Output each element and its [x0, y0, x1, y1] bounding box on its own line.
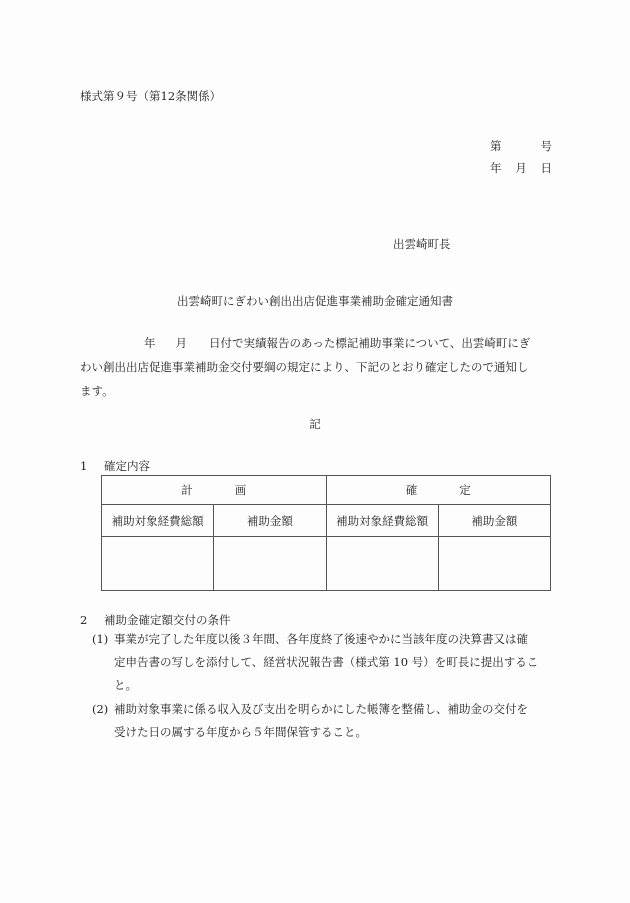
condition-1-line-1: (1)事業が完了した年度以後３年間、各年度終了後速やかに当該年度の決算書又は確: [92, 628, 552, 651]
cell-plan-total: [102, 537, 214, 591]
group-header-plan: 計画: [102, 476, 327, 505]
group-header-confirmed-char1: 確: [406, 483, 418, 497]
sub-header-confirmed-total: 補助対象経費総額: [326, 505, 438, 537]
condition-1-text-1: 事業が完了した年度以後３年間、各年度終了後速やかに当該年度の決算書又は確: [114, 632, 528, 646]
condition-2: (2)補助対象事業に係る収入及び支出を明らかにした帳簿を整備し、補助金の交付を …: [92, 698, 552, 744]
condition-2-line-2: 受けた日の属する年度から５年間保管すること。: [92, 721, 552, 744]
form-number: 様式第９号（第12条関係）: [80, 88, 221, 104]
group-header-plan-char2: 画: [235, 483, 247, 497]
condition-2-label: (2): [92, 698, 114, 721]
section-2-heading: 2補助金確定額交付の条件: [80, 612, 231, 628]
doc-number-suffix: 号: [541, 135, 553, 157]
group-header-plan-char1: 計: [181, 483, 193, 497]
table-row: [102, 537, 551, 591]
condition-1-label: (1): [92, 628, 114, 651]
issue-date: 年 月 日: [490, 157, 552, 179]
section-1-title: 確定内容: [104, 459, 150, 473]
document-title: 出雲崎町にぎわい創出出店促進事業補助金確定通知書: [0, 293, 630, 309]
date-day: 日: [541, 157, 553, 179]
body-line-3: ます。: [80, 379, 552, 403]
body-month: 月: [176, 336, 188, 350]
group-header-confirmed-char2: 定: [459, 483, 471, 497]
group-header-confirmed: 確定: [326, 476, 551, 505]
condition-1: (1)事業が完了した年度以後３年間、各年度終了後速やかに当該年度の決算書又は確 …: [92, 628, 552, 697]
confirmation-table: 計画 確定 補助対象経費総額 補助金額 補助対象経費総額 補助金額: [101, 475, 551, 591]
sub-header-confirmed-amount: 補助金額: [438, 505, 550, 537]
sub-header-plan-amount: 補助金額: [214, 505, 326, 537]
document-number: 第 号: [490, 135, 552, 157]
body-line-1: 年月日付で実績報告のあった標記補助事業について、出雲崎町にぎ: [80, 331, 552, 355]
document-number-date-block: 第 号 年 月 日: [490, 135, 552, 179]
ki-heading: 記: [0, 416, 630, 432]
condition-2-line-1: (2)補助対象事業に係る収入及び支出を明らかにした帳簿を整備し、補助金の交付を: [92, 698, 552, 721]
condition-1-line-3: と。: [92, 674, 552, 697]
cell-confirmed-amount: [438, 537, 550, 591]
sub-header-plan-total: 補助対象経費総額: [102, 505, 214, 537]
date-month: 月: [515, 157, 527, 179]
section-1-heading: 1確定内容: [80, 458, 150, 474]
body-year: 年: [144, 336, 156, 350]
body-paragraph: 年月日付で実績報告のあった標記補助事業について、出雲崎町にぎ わい創出出店促進事…: [80, 331, 552, 403]
cell-confirmed-total: [326, 537, 438, 591]
table-sub-header-row: 補助対象経費総額 補助金額 補助対象経費総額 補助金額: [102, 505, 551, 537]
body-line-1-rest: 日付で実績報告のあった標記補助事業について、出雲崎町にぎ: [209, 336, 530, 350]
section-2-number: 2: [80, 613, 104, 627]
condition-2-text-1: 補助対象事業に係る収入及び支出を明らかにした帳簿を整備し、補助金の交付を: [114, 702, 528, 716]
section-1-number: 1: [80, 459, 104, 473]
condition-1-line-2: 定申告書の写しを添付して、経営状況報告書（様式第 10 号）を町長に提出するこ: [92, 651, 552, 674]
section-2-title: 補助金確定額交付の条件: [104, 613, 231, 627]
doc-number-prefix: 第: [490, 135, 502, 157]
cell-plan-amount: [214, 537, 326, 591]
sender-name: 出雲崎町長: [393, 236, 451, 252]
body-line-2: わい創出出店促進事業補助金交付要綱の規定により、下記のとおり確定したので通知し: [80, 355, 552, 379]
table-group-header-row: 計画 確定: [102, 476, 551, 505]
date-year: 年: [490, 157, 502, 179]
